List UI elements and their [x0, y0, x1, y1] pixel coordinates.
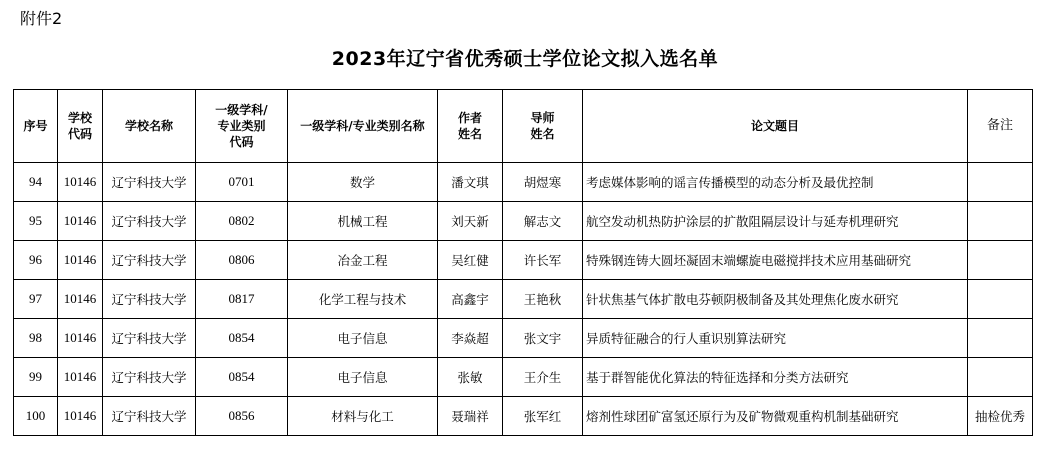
header-school-name: 学校名称	[103, 90, 196, 163]
cell-author: 张敏	[438, 358, 503, 397]
header-subject-name: 一级学科/专业类别名称	[288, 90, 438, 163]
cell-remarks	[968, 241, 1033, 280]
header-row: 序号 学校代码 学校名称 一级学科/专业类别代码 一级学科/专业类别名称 作者姓…	[14, 90, 1033, 163]
cell-seq: 99	[14, 358, 58, 397]
cell-thesis-title: 考虑媒体影响的谣言传播模型的动态分析及最优控制	[583, 163, 968, 202]
cell-thesis-title: 针状焦基气体扩散电芬顿阴极制备及其处理焦化废水研究	[583, 280, 968, 319]
cell-school-name: 辽宁科技大学	[103, 319, 196, 358]
table-row: 100 10146 辽宁科技大学 0856 材料与化工 聂瑞祥 张军红 熔剂性球…	[14, 397, 1033, 436]
cell-subject-name: 材料与化工	[288, 397, 438, 436]
cell-seq: 100	[14, 397, 58, 436]
cell-subject-code: 0802	[196, 202, 288, 241]
table-row: 95 10146 辽宁科技大学 0802 机械工程 刘天新 解志文 航空发动机热…	[14, 202, 1033, 241]
header-author: 作者姓名	[438, 90, 503, 163]
cell-subject-code: 0806	[196, 241, 288, 280]
cell-advisor: 王艳秋	[503, 280, 583, 319]
cell-school-name: 辽宁科技大学	[103, 163, 196, 202]
table-row: 98 10146 辽宁科技大学 0854 电子信息 李焱超 张文宇 异质特征融合…	[14, 319, 1033, 358]
cell-advisor: 胡煜寒	[503, 163, 583, 202]
cell-seq: 96	[14, 241, 58, 280]
cell-school-code: 10146	[58, 319, 103, 358]
cell-remarks	[968, 319, 1033, 358]
cell-school-name: 辽宁科技大学	[103, 280, 196, 319]
cell-subject-name: 电子信息	[288, 358, 438, 397]
cell-school-code: 10146	[58, 163, 103, 202]
cell-school-name: 辽宁科技大学	[103, 397, 196, 436]
cell-advisor: 王介生	[503, 358, 583, 397]
cell-advisor: 张军红	[503, 397, 583, 436]
attachment-label: 附件2	[20, 6, 62, 29]
cell-author: 吴红健	[438, 241, 503, 280]
cell-author: 高鑫宇	[438, 280, 503, 319]
cell-seq: 95	[14, 202, 58, 241]
cell-school-name: 辽宁科技大学	[103, 202, 196, 241]
cell-school-code: 10146	[58, 397, 103, 436]
table-row: 94 10146 辽宁科技大学 0701 数学 潘文琪 胡煜寒 考虑媒体影响的谣…	[14, 163, 1033, 202]
cell-subject-code: 0856	[196, 397, 288, 436]
header-subject-code: 一级学科/专业类别代码	[196, 90, 288, 163]
cell-school-code: 10146	[58, 202, 103, 241]
header-remarks: 备注	[968, 90, 1033, 163]
cell-remarks	[968, 358, 1033, 397]
cell-subject-name: 机械工程	[288, 202, 438, 241]
cell-subject-code: 0854	[196, 358, 288, 397]
cell-author: 李焱超	[438, 319, 503, 358]
page-title: 2023年辽宁省优秀硕士学位论文拟入选名单	[0, 44, 1050, 71]
cell-seq: 98	[14, 319, 58, 358]
cell-remarks: 抽检优秀	[968, 397, 1033, 436]
cell-school-name: 辽宁科技大学	[103, 358, 196, 397]
table-row: 96 10146 辽宁科技大学 0806 冶金工程 吴红健 许长军 特殊钢连铸大…	[14, 241, 1033, 280]
cell-seq: 97	[14, 280, 58, 319]
cell-thesis-title: 特殊钢连铸大圆坯凝固末端螺旋电磁搅拌技术应用基础研究	[583, 241, 968, 280]
cell-author: 聂瑞祥	[438, 397, 503, 436]
cell-advisor: 解志文	[503, 202, 583, 241]
cell-subject-name: 电子信息	[288, 319, 438, 358]
cell-school-code: 10146	[58, 280, 103, 319]
cell-author: 刘天新	[438, 202, 503, 241]
cell-school-name: 辽宁科技大学	[103, 241, 196, 280]
header-school-code: 学校代码	[58, 90, 103, 163]
cell-thesis-title: 基于群智能优化算法的特征选择和分类方法研究	[583, 358, 968, 397]
cell-subject-code: 0701	[196, 163, 288, 202]
cell-author: 潘文琪	[438, 163, 503, 202]
cell-subject-name: 数学	[288, 163, 438, 202]
cell-thesis-title: 熔剂性球团矿富氢还原行为及矿物微观重构机制基础研究	[583, 397, 968, 436]
cell-thesis-title: 异质特征融合的行人重识别算法研究	[583, 319, 968, 358]
header-seq: 序号	[14, 90, 58, 163]
cell-subject-code: 0854	[196, 319, 288, 358]
cell-subject-code: 0817	[196, 280, 288, 319]
header-advisor: 导师姓名	[503, 90, 583, 163]
cell-advisor: 许长军	[503, 241, 583, 280]
header-thesis-title: 论文题目	[583, 90, 968, 163]
cell-school-code: 10146	[58, 358, 103, 397]
cell-remarks	[968, 280, 1033, 319]
cell-seq: 94	[14, 163, 58, 202]
cell-subject-name: 化学工程与技术	[288, 280, 438, 319]
cell-subject-name: 冶金工程	[288, 241, 438, 280]
table-row: 99 10146 辽宁科技大学 0854 电子信息 张敏 王介生 基于群智能优化…	[14, 358, 1033, 397]
cell-school-code: 10146	[58, 241, 103, 280]
table-row: 97 10146 辽宁科技大学 0817 化学工程与技术 高鑫宇 王艳秋 针状焦…	[14, 280, 1033, 319]
cell-remarks	[968, 202, 1033, 241]
cell-remarks	[968, 163, 1033, 202]
cell-thesis-title: 航空发动机热防护涂层的扩散阻隔层设计与延寿机理研究	[583, 202, 968, 241]
candidate-table: 序号 学校代码 学校名称 一级学科/专业类别代码 一级学科/专业类别名称 作者姓…	[13, 89, 1033, 436]
cell-advisor: 张文宇	[503, 319, 583, 358]
